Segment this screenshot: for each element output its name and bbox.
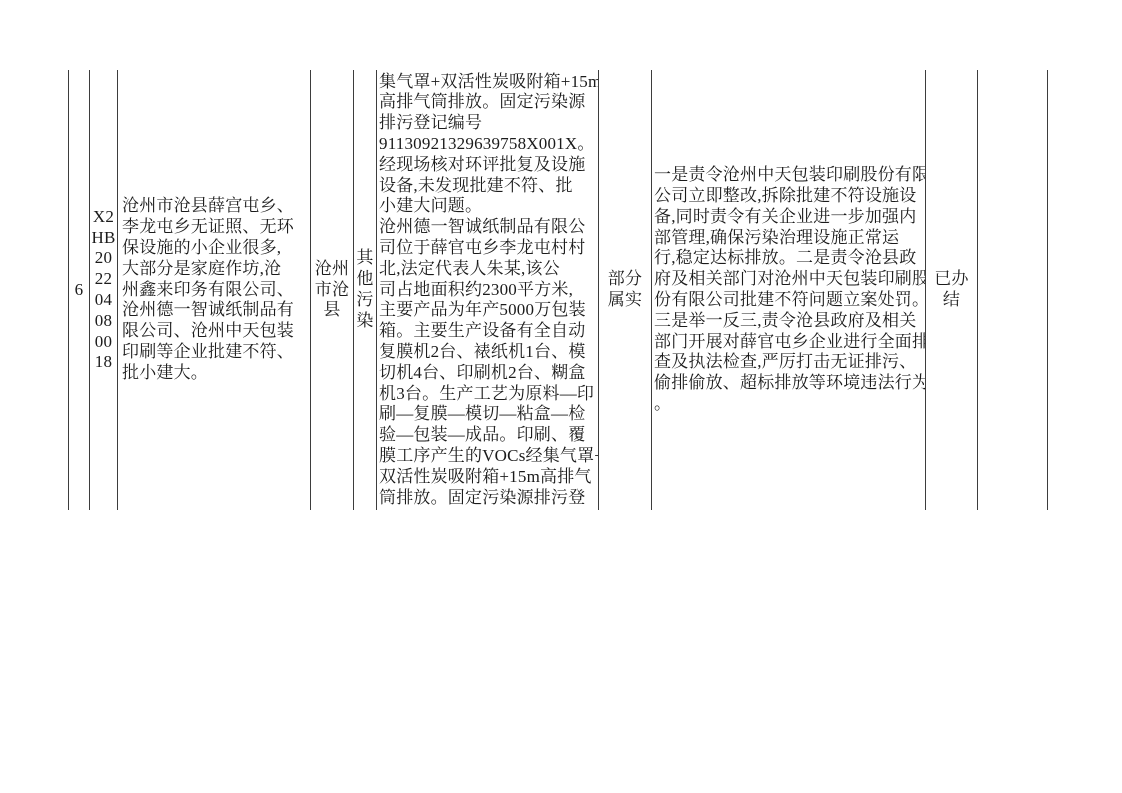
inspection-record-table: 6 X2 HB 20 22 04 08 00 18 沧州市沧县薛宫屯乡、 李龙屯… — [68, 70, 1048, 510]
handling-measures: 一是责令沧州中天包装印刷股份有限 公司立即整改,拆除批建不符设施设 备,同时责令… — [652, 165, 925, 415]
cell-region: 沧州 市沧 县 — [310, 70, 353, 510]
cell-case-status: 已办 结 — [925, 70, 977, 510]
cell-pollution-type: 其 他 污 染 — [353, 70, 376, 510]
case-status: 已办 结 — [934, 269, 968, 311]
pollution-type: 其 他 污 染 — [356, 248, 373, 331]
cell-investigation-result: 集气罩+双活性炭吸附箱+15m 高排气筒排放。固定污染源 排污登记编号 9113… — [376, 70, 598, 510]
case-id: X2 HB 20 22 04 08 00 18 — [91, 207, 115, 373]
cell-verification-conclusion: 部分 属实 — [598, 70, 651, 510]
verification-conclusion: 部分 属实 — [608, 269, 642, 311]
cell-remark — [977, 70, 1048, 510]
complaint-description: 沧州市沧县薛宫屯乡、 李龙屯乡无证照、无环 保设施的小企业很多, 大部分是家庭作… — [118, 196, 310, 383]
document-page: 6 X2 HB 20 22 04 08 00 18 沧州市沧县薛宫屯乡、 李龙屯… — [0, 0, 1122, 793]
investigation-result: 集气罩+双活性炭吸附箱+15m 高排气筒排放。固定污染源 排污登记编号 9113… — [377, 72, 598, 509]
cell-sequence-number: 6 — [68, 70, 89, 510]
cell-handling-measures: 一是责令沧州中天包装印刷股份有限 公司立即整改,拆除批建不符设施设 备,同时责令… — [651, 70, 925, 510]
cell-case-id: X2 HB 20 22 04 08 00 18 — [89, 70, 117, 510]
region-name: 沧州 市沧 县 — [315, 259, 349, 321]
sequence-number: 6 — [75, 280, 84, 301]
cell-complaint-description: 沧州市沧县薛宫屯乡、 李龙屯乡无证照、无环 保设施的小企业很多, 大部分是家庭作… — [117, 70, 310, 510]
